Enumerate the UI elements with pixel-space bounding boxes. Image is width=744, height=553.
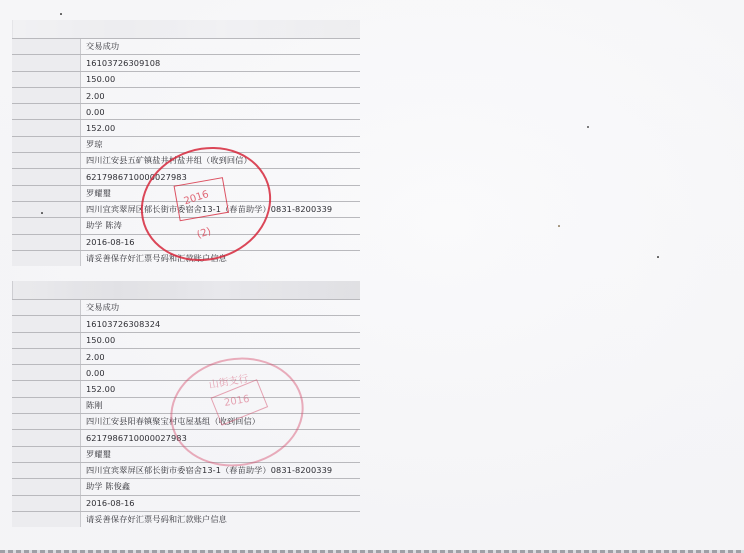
amount-value: 150.00 [81, 335, 115, 345]
status-value: 交易成功 [81, 302, 119, 313]
recipient-address-value: 四川江安县五矿镇盐井村盐井组（收到回信） [81, 155, 252, 166]
row-extra-fee: 0.00 [12, 364, 360, 380]
notice-value: 请妥善保存好汇票号码和汇款账户信息 [81, 253, 227, 264]
row-status: 交易成功 [12, 38, 360, 54]
receipt-header-bar [12, 20, 360, 38]
label-cell [12, 316, 81, 331]
row-amount: 150.00 [12, 71, 360, 87]
row-total: 152.00 [12, 119, 360, 135]
date-value: 2016-08-16 [81, 237, 135, 247]
account-number-value: 6217986710000027983 [81, 172, 187, 182]
label-cell [12, 153, 81, 168]
row-sender-address: 四川宜宾翠屏区郁长街市委宿舍13-1（春苗助学）0831-8200339 [12, 201, 360, 217]
extra-fee-value: 0.00 [81, 107, 105, 117]
remittance-receipt-2: 交易成功 16103726308324 150.00 2.00 0.00 152… [12, 281, 360, 527]
total-value: 152.00 [81, 123, 115, 133]
row-account-number: 6217986710000027983 [12, 429, 360, 445]
sender-name-value: 罗耀璽 [81, 449, 111, 460]
label-cell [12, 512, 81, 527]
label-cell [12, 479, 81, 494]
label-cell [12, 72, 81, 87]
label-cell [12, 496, 81, 511]
row-remittance-number: 16103726308324 [12, 315, 360, 331]
account-number-value: 6217986710000027983 [81, 433, 187, 443]
notice-value: 请妥善保存好汇票号码和汇款账户信息 [81, 514, 227, 525]
scan-speck [60, 13, 62, 15]
label-cell [12, 398, 81, 413]
scan-speck [558, 225, 560, 227]
row-sender-address: 四川宜宾翠屏区郁长街市委宿舍13-1（春苗助学）0831-8200339 [12, 462, 360, 478]
row-sender-name: 罗耀璽 [12, 446, 360, 462]
row-extra-fee: 0.00 [12, 103, 360, 119]
date-value: 2016-08-16 [81, 498, 135, 508]
receipt-header-bar [12, 281, 360, 299]
label-cell [12, 104, 81, 119]
row-date: 2016-08-16 [12, 495, 360, 511]
recipient-name-value: 陈刚 [81, 400, 103, 411]
fee-value: 2.00 [81, 352, 105, 362]
row-fee: 2.00 [12, 87, 360, 103]
label-cell [12, 333, 81, 348]
row-total: 152.00 [12, 380, 360, 396]
row-notice: 请妥善保存好汇票号码和汇款账户信息 [12, 250, 360, 266]
scan-speck [587, 126, 589, 128]
row-recipient-address: 四川江安县阳春镇聚宝村屯屋基组（收到回信） [12, 413, 360, 429]
label-cell [12, 169, 81, 184]
total-value: 152.00 [81, 384, 115, 394]
row-date: 2016-08-16 [12, 234, 360, 250]
label-cell [12, 430, 81, 445]
row-amount: 150.00 [12, 332, 360, 348]
label-cell [12, 88, 81, 103]
label-cell [12, 235, 81, 250]
sender-name-value: 罗耀璽 [81, 188, 111, 199]
row-remittance-number: 16103726309108 [12, 54, 360, 70]
row-memo: 助学 陈涛 [12, 217, 360, 233]
label-cell [12, 202, 81, 217]
sender-address-value: 四川宜宾翠屏区郁长街市委宿舍13-1（春苗助学）0831-8200339 [81, 204, 332, 215]
label-cell [12, 186, 81, 201]
memo-value: 助学 陈俊鑫 [81, 481, 130, 492]
label-cell [12, 414, 81, 429]
label-cell [12, 300, 81, 315]
remittance-number-value: 16103726309108 [81, 58, 160, 68]
label-cell [12, 55, 81, 70]
label-cell [12, 120, 81, 135]
scan-speck [41, 212, 43, 214]
label-cell [12, 39, 81, 54]
row-account-number: 6217986710000027983 [12, 168, 360, 184]
label-cell [12, 218, 81, 233]
row-memo: 助学 陈俊鑫 [12, 478, 360, 494]
row-status: 交易成功 [12, 299, 360, 315]
label-cell [12, 447, 81, 462]
recipient-name-value: 罗琼 [81, 139, 103, 150]
status-value: 交易成功 [81, 41, 119, 52]
remittance-receipt-1: 交易成功 16103726309108 150.00 2.00 0.00 152… [12, 20, 360, 266]
row-notice: 请妥善保存好汇票号码和汇款账户信息 [12, 511, 360, 527]
memo-value: 助学 陈涛 [81, 220, 122, 231]
row-recipient-address: 四川江安县五矿镇盐井村盐井组（收到回信） [12, 152, 360, 168]
extra-fee-value: 0.00 [81, 368, 105, 378]
label-cell [12, 365, 81, 380]
receipt-rows: 交易成功 16103726308324 150.00 2.00 0.00 152… [12, 299, 360, 527]
label-cell [12, 251, 81, 266]
amount-value: 150.00 [81, 74, 115, 84]
label-cell [12, 381, 81, 396]
row-recipient-name: 罗琼 [12, 136, 360, 152]
row-fee: 2.00 [12, 348, 360, 364]
label-cell [12, 463, 81, 478]
fee-value: 2.00 [81, 91, 105, 101]
scan-speck [657, 256, 659, 258]
recipient-address-value: 四川江安县阳春镇聚宝村屯屋基组（收到回信） [81, 416, 260, 427]
row-recipient-name: 陈刚 [12, 397, 360, 413]
label-cell [12, 349, 81, 364]
label-cell [12, 137, 81, 152]
remittance-number-value: 16103726308324 [81, 319, 160, 329]
row-sender-name: 罗耀璽 [12, 185, 360, 201]
receipt-rows: 交易成功 16103726309108 150.00 2.00 0.00 152… [12, 38, 360, 266]
sender-address-value: 四川宜宾翠屏区郁长街市委宿舍13-1（春苗助学）0831-8200339 [81, 465, 332, 476]
